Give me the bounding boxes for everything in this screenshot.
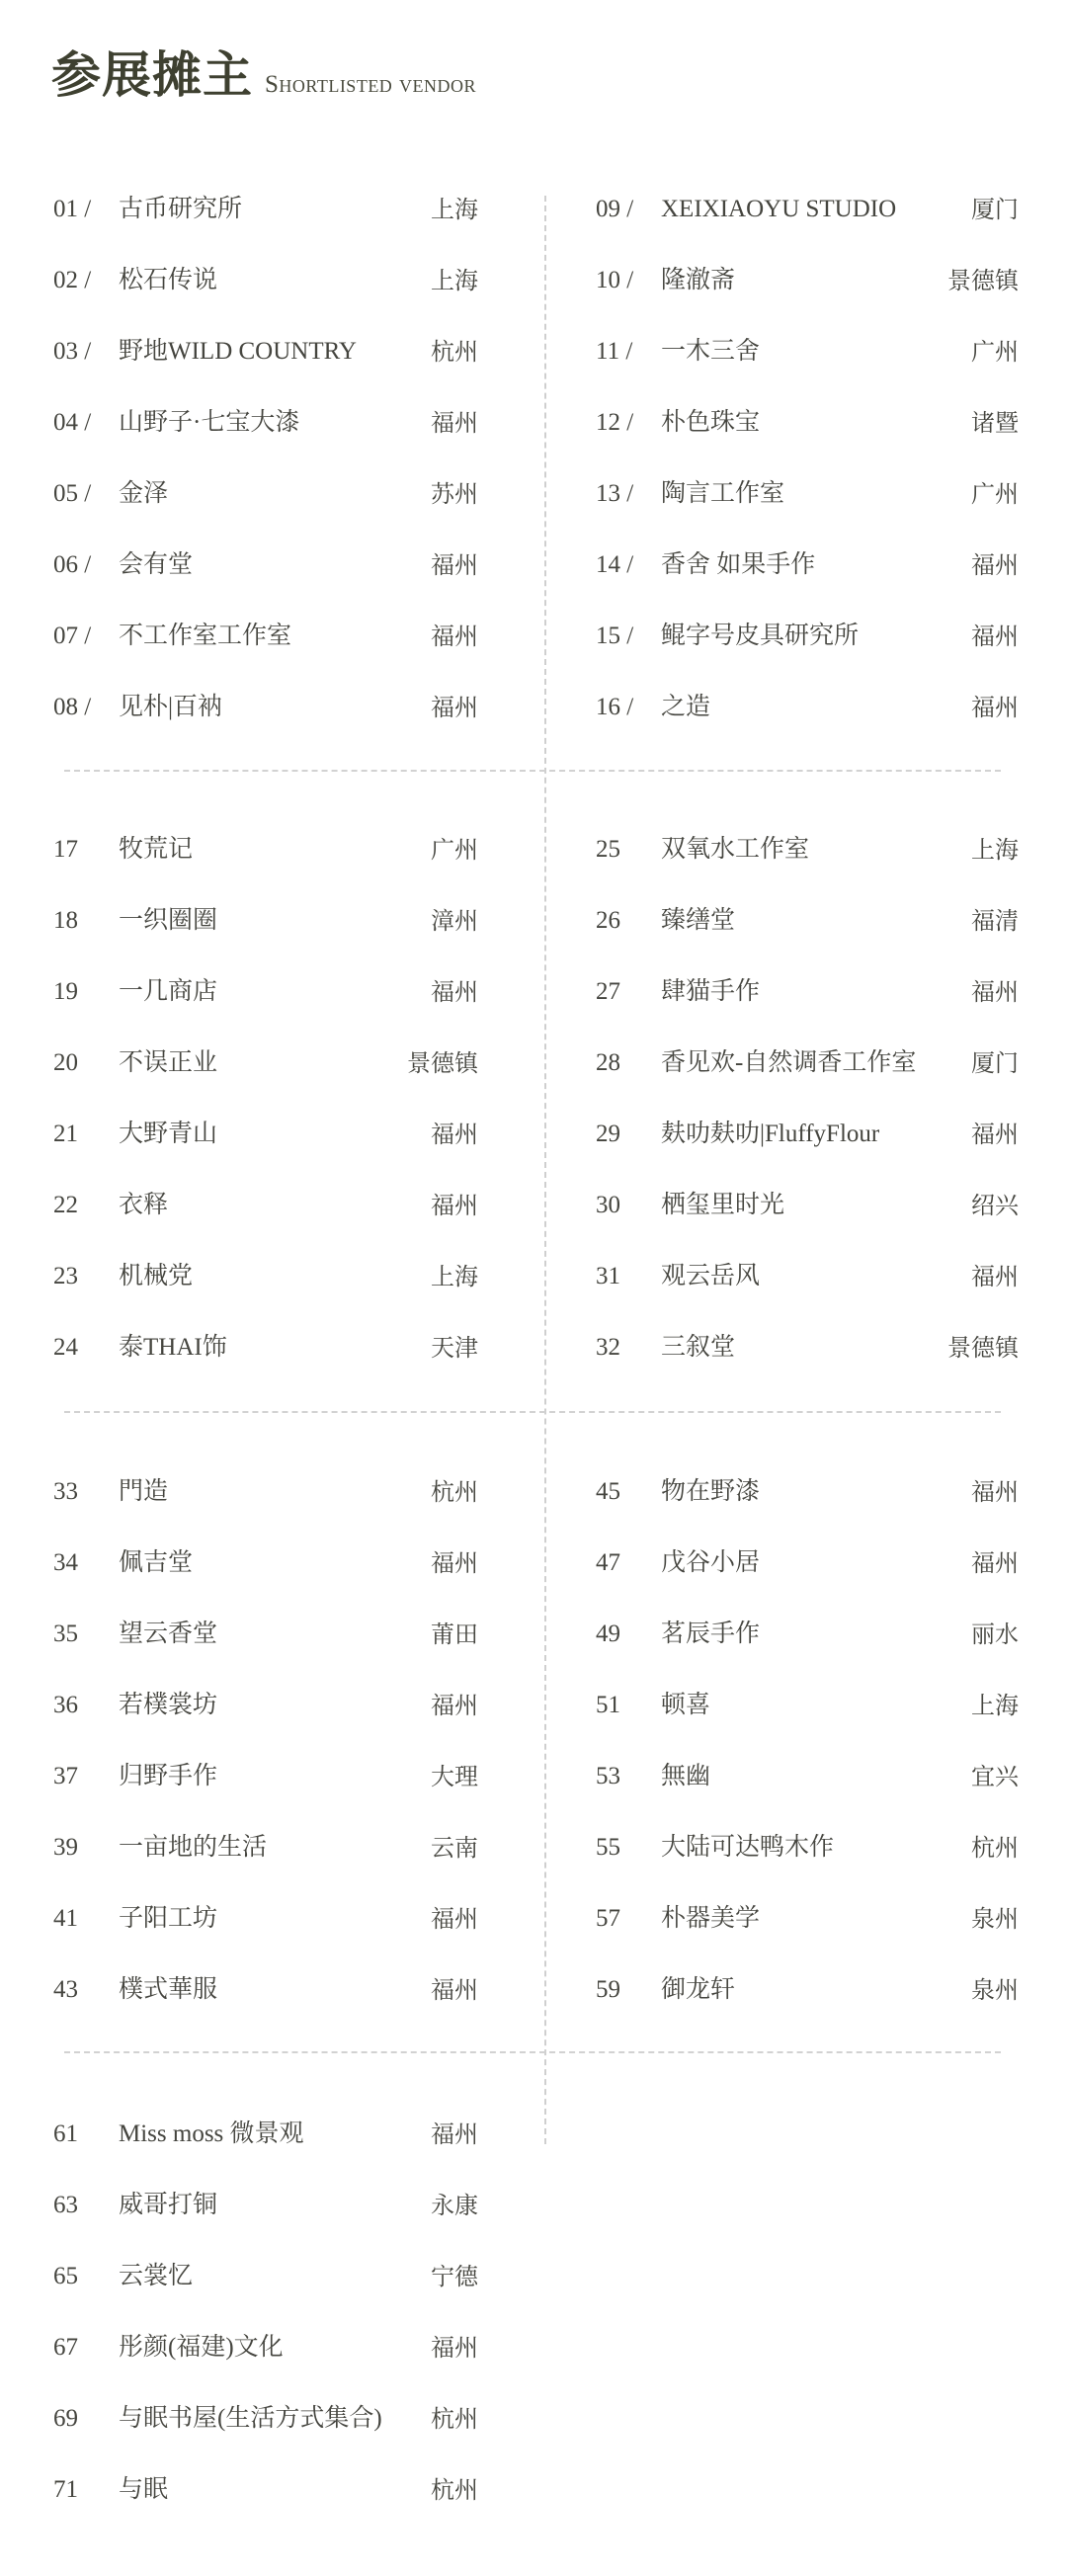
- vendor-city: 福州: [431, 1115, 478, 1154]
- vendor-name: 一木三舍: [661, 332, 760, 372]
- vendor-row: 19一几商店福州: [53, 972, 478, 1012]
- vendor-row: 45物在野漆福州: [596, 1472, 1019, 1512]
- vendor-row: 47戊谷小居福州: [596, 1543, 1019, 1583]
- vendor-name: 望云香堂: [119, 1615, 217, 1654]
- vendor-city: 福州: [971, 545, 1019, 585]
- vendor-number: 04 /: [53, 403, 91, 443]
- vendor-number: 23: [53, 1257, 78, 1296]
- vendor-name: 戊谷小居: [661, 1543, 760, 1583]
- vendor-number: 14 /: [596, 545, 633, 585]
- vendor-row: 09 /XEIXIAOYU STUDIO厦门: [596, 190, 1019, 229]
- vendor-city: 上海: [971, 1686, 1019, 1725]
- vendor-city: 丽水: [971, 1615, 1019, 1654]
- vendor-row: 22衣释福州: [53, 1186, 478, 1225]
- vendor-name: 见朴|百衲: [119, 688, 222, 727]
- vendor-row: 11 /一木三舍广州: [596, 332, 1019, 372]
- vendor-name: 肆猫手作: [661, 972, 760, 1012]
- vendor-number: 16 /: [596, 688, 633, 727]
- vendor-number: 57: [596, 1899, 620, 1939]
- vendor-name: 与眠: [119, 2470, 168, 2510]
- vendor-name: 古币研究所: [119, 190, 242, 229]
- vendor-row: 34佩吉堂福州: [53, 1543, 478, 1583]
- vendor-city: 广州: [431, 830, 478, 870]
- vendor-number: 67: [53, 2328, 78, 2368]
- vendor-number: 49: [596, 1615, 620, 1654]
- vendor-city: 苏州: [431, 474, 478, 514]
- vendor-city: 杭州: [431, 2399, 478, 2439]
- vendor-city: 福州: [431, 2115, 478, 2154]
- vendor-number: 71: [53, 2470, 78, 2510]
- vendor-row: 49茗辰手作丽水: [596, 1615, 1019, 1654]
- vendor-row: 20不误正业景德镇: [53, 1043, 478, 1083]
- vendor-city: 广州: [971, 474, 1019, 514]
- vendor-number: 47: [596, 1543, 620, 1583]
- vendor-name: 三叙堂: [661, 1328, 735, 1368]
- vendor-row: 28香见欢-自然调香工作室厦门: [596, 1043, 1019, 1083]
- vendor-row: 01 /古币研究所上海: [53, 190, 478, 229]
- vendor-row: 23机械党上海: [53, 1257, 478, 1296]
- vendor-number: 55: [596, 1828, 620, 1868]
- vendor-city: 广州: [971, 332, 1019, 372]
- vendor-name: 野地WILD COUNTRY: [119, 332, 357, 372]
- vendor-name: 威哥打铜: [119, 2186, 217, 2225]
- vendor-city: 厦门: [971, 1043, 1019, 1083]
- vendor-city: 福州: [431, 1686, 478, 1725]
- vendor-name: 山野子·七宝大漆: [119, 403, 299, 443]
- vendor-city: 厦门: [971, 190, 1019, 229]
- vendor-number: 32: [596, 1328, 620, 1368]
- vendor-number: 61: [53, 2115, 78, 2154]
- vendor-city: 漳州: [431, 901, 478, 941]
- vendor-city: 上海: [431, 190, 478, 229]
- vendor-row: 14 /香舍 如果手作福州: [596, 545, 1019, 585]
- vendor-number: 43: [53, 1970, 78, 2010]
- vendor-row: 57朴器美学泉州: [596, 1899, 1019, 1939]
- vendor-name: 臻缮堂: [661, 901, 735, 941]
- vendor-row: 03 /野地WILD COUNTRY杭州: [53, 332, 478, 372]
- vendor-row: 55大陆可达鸭木作杭州: [596, 1828, 1019, 1868]
- vendor-row: 30栖玺里时光绍兴: [596, 1186, 1019, 1225]
- vendor-name: 子阳工坊: [119, 1899, 217, 1939]
- vendor-row: 02 /松石传说上海: [53, 261, 478, 300]
- vendor-number: 10 /: [596, 261, 633, 300]
- vendor-name: 不误正业: [119, 1043, 217, 1083]
- vendor-city: 福州: [431, 1186, 478, 1225]
- vendor-name: 松石传说: [119, 261, 217, 300]
- vendor-number: 51: [596, 1686, 620, 1725]
- page-title: 参展摊主: [51, 45, 253, 105]
- vendor-row: 13 /陶言工作室广州: [596, 474, 1019, 514]
- vendor-city: 杭州: [971, 1828, 1019, 1868]
- vendor-row: 07 /不工作室工作室福州: [53, 617, 478, 656]
- vendor-city: 天津: [431, 1328, 478, 1368]
- vendor-number: 27: [596, 972, 620, 1012]
- vendor-row: 24泰THAI饰天津: [53, 1328, 478, 1368]
- vendor-number: 45: [596, 1472, 620, 1512]
- vendor-city: 福州: [431, 2328, 478, 2368]
- vendor-city: 福州: [971, 972, 1019, 1012]
- vendor-name: 顿喜: [661, 1686, 710, 1725]
- vendor-city: 诸暨: [971, 403, 1019, 443]
- vendor-city: 泉州: [971, 1970, 1019, 2010]
- vendor-number: 63: [53, 2186, 78, 2225]
- vendor-name: 泰THAI饰: [119, 1328, 227, 1368]
- vendor-name: 不工作室工作室: [119, 617, 291, 656]
- vendor-name: 佩吉堂: [119, 1543, 193, 1583]
- vendor-number: 69: [53, 2399, 78, 2439]
- vendor-row: 67彤颜(福建)文化福州: [53, 2328, 478, 2368]
- vendor-name: Miss moss 微景观: [119, 2115, 304, 2154]
- vendor-city: 杭州: [431, 332, 478, 372]
- vendor-name: 机械党: [119, 1257, 193, 1296]
- vendor-city: 福州: [431, 1543, 478, 1583]
- vendor-city: 福州: [971, 688, 1019, 727]
- vendor-name: 观云岳风: [661, 1257, 760, 1296]
- vendor-name: 一几商店: [119, 972, 217, 1012]
- vendor-city: 泉州: [971, 1899, 1019, 1939]
- page-subtitle: Shortlisted vendor: [265, 71, 476, 99]
- vendor-row: 63威哥打铜永康: [53, 2186, 478, 2225]
- section-divider-2: [64, 1411, 1001, 1413]
- vendor-name: 栖玺里时光: [661, 1186, 784, 1225]
- vendor-city: 宁德: [431, 2257, 478, 2296]
- vendor-name: 樸式華服: [119, 1970, 217, 2010]
- vendor-number: 26: [596, 901, 620, 941]
- vendor-number: 12 /: [596, 403, 633, 443]
- vendor-number: 19: [53, 972, 78, 1012]
- vendor-number: 36: [53, 1686, 78, 1725]
- vendor-city: 景德镇: [947, 261, 1019, 300]
- vendor-number: 05 /: [53, 474, 91, 514]
- vendor-number: 08 /: [53, 688, 91, 727]
- page-header: 参展摊主 Shortlisted vendor: [51, 45, 476, 105]
- vendor-row: 36若樸裳坊福州: [53, 1686, 478, 1725]
- vendor-name: 朴色珠宝: [661, 403, 760, 443]
- vendor-name: 会有堂: [119, 545, 193, 585]
- vendor-number: 09 /: [596, 190, 633, 229]
- vendor-name: 御龙轩: [661, 1970, 735, 2010]
- vendor-row: 32三叙堂景德镇: [596, 1328, 1019, 1368]
- vendor-name: 之造: [661, 688, 710, 727]
- vendor-city: 福州: [431, 403, 478, 443]
- vendor-city: 福州: [431, 545, 478, 585]
- vendor-city: 宜兴: [971, 1757, 1019, 1796]
- vendor-row: 16 /之造福州: [596, 688, 1019, 727]
- vendor-number: 37: [53, 1757, 78, 1796]
- vendor-row: 04 /山野子·七宝大漆福州: [53, 403, 478, 443]
- vendor-name: 云裳忆: [119, 2257, 193, 2296]
- vendor-row: 59御龙轩泉州: [596, 1970, 1019, 2010]
- vendor-row: 65云裳忆宁德: [53, 2257, 478, 2296]
- vendor-name: 归野手作: [119, 1757, 217, 1796]
- section-divider-3: [64, 2051, 1001, 2053]
- vendor-row: 61Miss moss 微景观福州: [53, 2115, 478, 2154]
- vendor-name: 一亩地的生活: [119, 1828, 267, 1868]
- vendor-number: 07 /: [53, 617, 91, 656]
- vendor-row: 05 /金泽苏州: [53, 474, 478, 514]
- vendor-row: 10 /隆澈斋景德镇: [596, 261, 1019, 300]
- vendor-row: 53無幽宜兴: [596, 1757, 1019, 1796]
- vendor-name: 衣释: [119, 1186, 168, 1225]
- vendor-city: 福州: [431, 1899, 478, 1939]
- vendor-number: 24: [53, 1328, 78, 1368]
- vendor-name: 無幽: [661, 1757, 710, 1796]
- vendor-city: 福清: [971, 901, 1019, 941]
- vendor-number: 22: [53, 1186, 78, 1225]
- vendor-name: 鲲字号皮具研究所: [661, 617, 859, 656]
- vendor-name: 大陆可达鸭木作: [661, 1828, 834, 1868]
- vertical-divider: [544, 196, 546, 2144]
- vendor-city: 云南: [431, 1828, 478, 1868]
- vendor-number: 13 /: [596, 474, 633, 514]
- vendor-number: 59: [596, 1970, 620, 2010]
- vendor-city: 杭州: [431, 1472, 478, 1512]
- vendor-city: 景德镇: [947, 1328, 1019, 1368]
- vendor-row: 41子阳工坊福州: [53, 1899, 478, 1939]
- vendor-city: 永康: [431, 2186, 478, 2225]
- vendor-city: 福州: [971, 1472, 1019, 1512]
- vendor-row: 08 /见朴|百衲福州: [53, 688, 478, 727]
- vendor-row: 35望云香堂莆田: [53, 1615, 478, 1654]
- vendor-city: 福州: [431, 617, 478, 656]
- vendor-city: 福州: [431, 1970, 478, 2010]
- vendor-row: 31观云岳风福州: [596, 1257, 1019, 1296]
- vendor-row: 17牧荒记广州: [53, 830, 478, 870]
- vendor-city: 福州: [431, 972, 478, 1012]
- vendor-city: 上海: [431, 261, 478, 300]
- vendor-number: 39: [53, 1828, 78, 1868]
- vendor-number: 15 /: [596, 617, 633, 656]
- vendor-number: 53: [596, 1757, 620, 1796]
- vendor-number: 33: [53, 1472, 78, 1512]
- vendor-city: 上海: [971, 830, 1019, 870]
- vendor-name: 門造: [119, 1472, 168, 1512]
- vendor-row: 33門造杭州: [53, 1472, 478, 1512]
- vendor-row: 27肆猫手作福州: [596, 972, 1019, 1012]
- vendor-name: 牧荒记: [119, 830, 193, 870]
- vendor-name: 麸叻麸叻|FluffyFlour: [661, 1115, 879, 1154]
- vendor-city: 福州: [971, 1543, 1019, 1583]
- vendor-number: 31: [596, 1257, 620, 1296]
- vendor-row: 06 /会有堂福州: [53, 545, 478, 585]
- vendor-row: 26臻缮堂福清: [596, 901, 1019, 941]
- vendor-number: 41: [53, 1899, 78, 1939]
- vendor-number: 17: [53, 830, 78, 870]
- vendor-row: 29麸叻麸叻|FluffyFlour福州: [596, 1115, 1019, 1154]
- vendor-city: 福州: [431, 688, 478, 727]
- vendor-row: 43樸式華服福州: [53, 1970, 478, 2010]
- vendor-city: 上海: [431, 1257, 478, 1296]
- vendor-row: 51顿喜上海: [596, 1686, 1019, 1725]
- vendor-row: 15 /鲲字号皮具研究所福州: [596, 617, 1019, 656]
- vendor-number: 03 /: [53, 332, 91, 372]
- vendor-city: 福州: [971, 1257, 1019, 1296]
- vendor-city: 绍兴: [971, 1186, 1019, 1225]
- vendor-number: 02 /: [53, 261, 91, 300]
- vendor-number: 25: [596, 830, 620, 870]
- vendor-row: 18一织圈圈漳州: [53, 901, 478, 941]
- vendor-city: 杭州: [431, 2470, 478, 2510]
- vendor-row: 25双氧水工作室上海: [596, 830, 1019, 870]
- vendor-row: 21大野青山福州: [53, 1115, 478, 1154]
- vendor-name: XEIXIAOYU STUDIO: [661, 190, 896, 229]
- vendor-name: 与眠书屋(生活方式集合): [119, 2399, 382, 2439]
- vendor-name: 彤颜(福建)文化: [119, 2328, 284, 2368]
- vendor-name: 若樸裳坊: [119, 1686, 217, 1725]
- vendor-name: 香见欢-自然调香工作室: [661, 1043, 916, 1083]
- vendor-row: 37归野手作大理: [53, 1757, 478, 1796]
- vendor-name: 朴器美学: [661, 1899, 760, 1939]
- vendor-name: 一织圈圈: [119, 901, 217, 941]
- vendor-row: 12 /朴色珠宝诸暨: [596, 403, 1019, 443]
- vendor-city: 福州: [971, 617, 1019, 656]
- vendor-name: 双氧水工作室: [661, 830, 809, 870]
- vendor-number: 65: [53, 2257, 78, 2296]
- vendor-name: 隆澈斋: [661, 261, 735, 300]
- vendor-row: 71与眠杭州: [53, 2470, 478, 2510]
- vendor-number: 30: [596, 1186, 620, 1225]
- vendor-city: 莆田: [431, 1615, 478, 1654]
- vendor-row: 69与眠书屋(生活方式集合)杭州: [53, 2399, 478, 2439]
- vendor-number: 06 /: [53, 545, 91, 585]
- vendor-number: 28: [596, 1043, 620, 1083]
- vendor-name: 香舍 如果手作: [661, 545, 815, 585]
- vendor-number: 34: [53, 1543, 78, 1583]
- section-divider-1: [64, 770, 1001, 772]
- vendor-number: 20: [53, 1043, 78, 1083]
- vendor-number: 29: [596, 1115, 620, 1154]
- vendor-number: 18: [53, 901, 78, 941]
- vendor-name: 物在野漆: [661, 1472, 760, 1512]
- vendor-city: 景德镇: [407, 1043, 478, 1083]
- vendor-name: 茗辰手作: [661, 1615, 760, 1654]
- vendor-name: 金泽: [119, 474, 168, 514]
- vendor-name: 陶言工作室: [661, 474, 784, 514]
- vendor-number: 21: [53, 1115, 78, 1154]
- vendor-number: 35: [53, 1615, 78, 1654]
- vendor-city: 大理: [431, 1757, 478, 1796]
- vendor-name: 大野青山: [119, 1115, 217, 1154]
- vendor-number: 01 /: [53, 190, 91, 229]
- vendor-row: 39一亩地的生活云南: [53, 1828, 478, 1868]
- vendor-number: 11 /: [596, 332, 632, 372]
- vendor-city: 福州: [971, 1115, 1019, 1154]
